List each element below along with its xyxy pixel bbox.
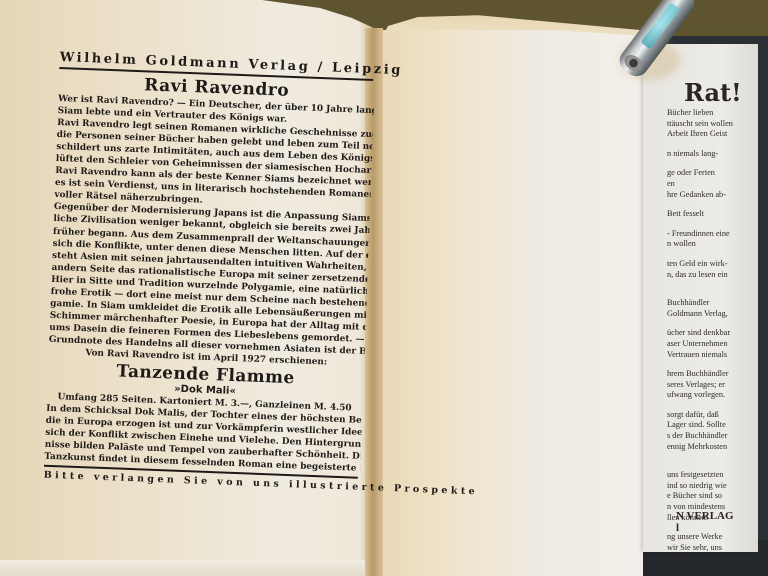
leaflet-text-line: Bett fesselt <box>667 209 759 220</box>
leaflet-text-line: ufwang vorlegen. <box>667 390 759 401</box>
leaflet-text-line <box>667 289 759 298</box>
leaflet-text-line: n niemals lang- <box>667 149 759 160</box>
leaflet-text-line <box>667 159 759 168</box>
leaflet-text-line: ennig Mehrkosten <box>667 442 759 453</box>
leaflet-text-line <box>667 401 759 410</box>
leaflet-text-line <box>667 461 759 470</box>
advertisement-page-text: Wilhelm Goldmann Verlag / Leipzig Ravi R… <box>43 50 375 493</box>
leaflet-text-line: Arbeit Ihren Geist <box>667 129 759 140</box>
leaflet-text-line: ücher sind denkbar <box>667 328 759 339</box>
left-page-edge <box>0 560 378 576</box>
leaflet-text-line: Bücher lieben <box>667 108 759 119</box>
leaflet-footer-line2: l <box>676 522 734 534</box>
leaflet-text-line: hrem Buchhändler <box>667 369 759 380</box>
leaflet-text-line: e Bücher sind so <box>667 491 759 502</box>
leaflet-text-line: n, das zu lesen ein <box>667 270 759 281</box>
leaflet-text-line: en <box>667 179 759 190</box>
leaflet-text-line: uns festgesetzten <box>667 470 759 481</box>
leaflet-footer: N VERLAG l <box>676 510 734 534</box>
synopsis-paragraph: Umfang 285 Seiten. Kartoniert M. 3.—, Ga… <box>44 391 363 475</box>
leaflet-text-line: seres Verlages; er <box>667 380 759 391</box>
leaflet-text-line: hre Gedanken ab- <box>667 190 759 201</box>
leaflet-text-line: Lager sind. Sollte <box>667 420 759 431</box>
leaflet-text-line <box>667 200 759 209</box>
leaflet-text-line: ind so niedrig wie <box>667 481 759 492</box>
leaflet-text-line: wir Sie sehr, uns <box>667 543 759 554</box>
leaflet-text-line: ge oder Ferien <box>667 168 759 179</box>
leaflet-text-line: n wollen <box>667 239 759 250</box>
leaflet-text-line <box>667 280 759 289</box>
leaflet-text-line <box>667 250 759 259</box>
leaflet-text-line: veisen, die unsere <box>667 564 759 575</box>
leaflet-text-line: Goldmann Verlag, <box>667 309 759 320</box>
leaflet-text-line <box>667 360 759 369</box>
leaflet-text-line: ttäuscht sein wollen <box>667 119 759 130</box>
leaflet-title: Rat! <box>684 78 742 107</box>
leaflet-text-line <box>667 319 759 328</box>
leaflet-text-line <box>667 220 759 229</box>
leaflet-text-line <box>667 452 759 461</box>
leaflet-footer-line1: N VERLAG <box>676 510 734 522</box>
leaflet-text-line: Buchhändler <box>667 298 759 309</box>
leaflet-text-line: aser Unternehmen <box>667 339 759 350</box>
leaflet-text-line: r Abhilfe sorgen, <box>667 553 759 564</box>
leaflet-text-line: - Freundinnen eine <box>667 229 759 240</box>
leaflet-text-line: s der Buchhändler <box>667 431 759 442</box>
leaflet-text: Bücher liebenttäuscht sein wollenArbeit … <box>667 108 759 575</box>
leaflet-text-line <box>667 140 759 149</box>
leaflet-text-line: Vertrauen niemals <box>667 350 759 361</box>
intro-paragraph: Wer ist Ravi Ravendro? — Ein Deutscher, … <box>48 93 374 370</box>
leaflet-text-line: ten Geld ein wirk- <box>667 259 759 270</box>
leaflet-text-line: sorgt dafür, daß <box>667 410 759 421</box>
